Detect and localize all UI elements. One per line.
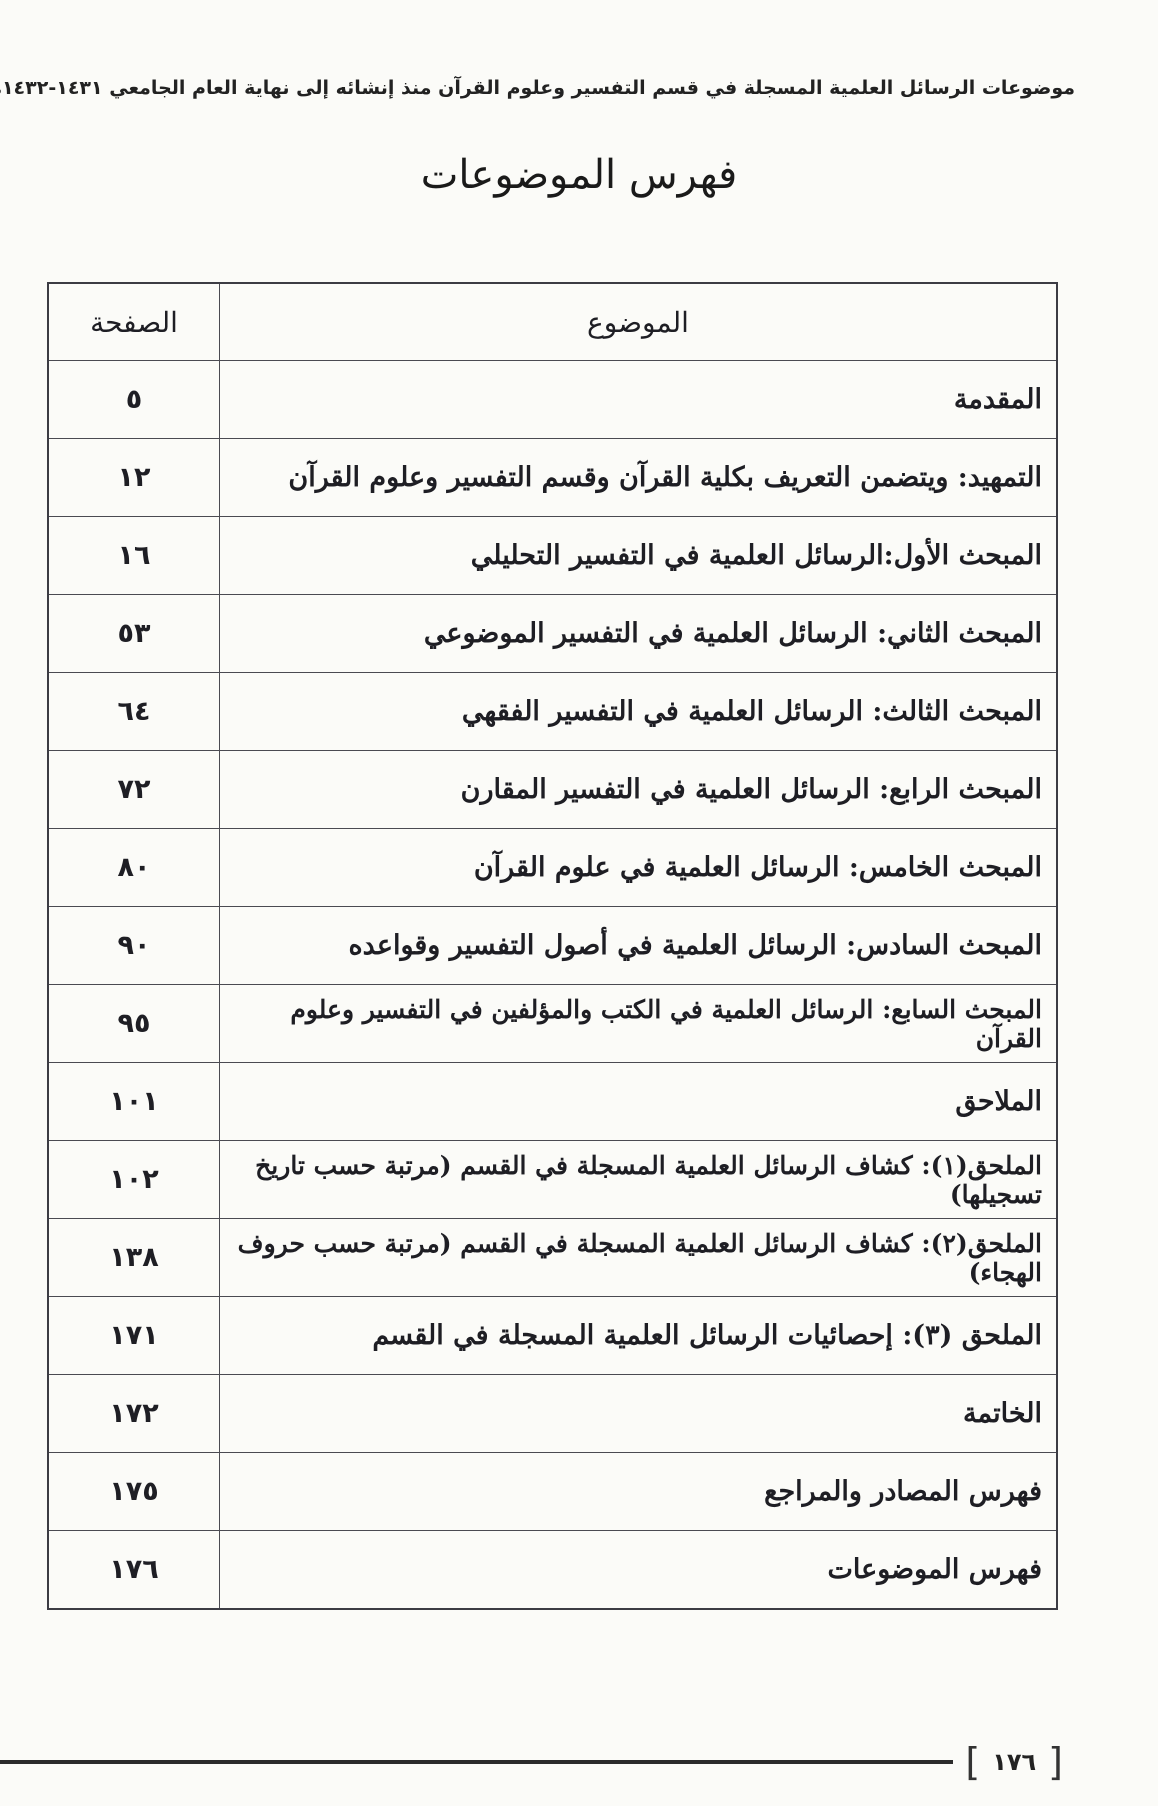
toc-entry-page: ١٧٢ [48,1375,220,1453]
toc-entry-topic: الملحق (٣): إحصائيات الرسائل العلمية الم… [220,1297,1058,1375]
table-row: فهرس المصادر والمراجع ١٧٥ [48,1453,1057,1531]
toc-entry-topic: المبحث الثاني: الرسائل العلمية في التفسي… [220,595,1058,673]
table-row: فهرس الموضوعات ١٧٦ [48,1531,1057,1610]
table-row: الملحق(٢): كشاف الرسائل العلمية المسجلة … [48,1219,1057,1297]
table-row: المبحث الثالث: الرسائل العلمية في التفسي… [48,673,1057,751]
toc-entry-page: ٥٣ [48,595,220,673]
page-number: [ ١٧٦ ] [953,1743,1075,1781]
toc-entry-page: ١٧٥ [48,1453,220,1531]
header-topic: الموضوع [220,283,1058,361]
toc-entry-page: ١٧١ [48,1297,220,1375]
toc-entry-topic: المبحث الرابع: الرسائل العلمية في التفسي… [220,751,1058,829]
toc-entry-page: ٧٢ [48,751,220,829]
table-row: المبحث السابع: الرسائل العلمية في الكتب … [48,985,1057,1063]
running-header: موضوعات الرسائل العلمية المسجلة في قسم ا… [0,68,1075,108]
toc-entry-page: ٦٤ [48,673,220,751]
table-row: الملاحق ١٠١ [48,1063,1057,1141]
toc-entry-page: ١٦ [48,517,220,595]
toc-entry-page: ١٧٦ [48,1531,220,1610]
toc-entry-topic: الملحق(١): كشاف الرسائل العلمية المسجلة … [220,1141,1058,1219]
page-footer: [ ١٧٦ ] [0,1742,1075,1782]
toc-entry-topic: المبحث الخامس: الرسائل العلمية في علوم ا… [220,829,1058,907]
toc-entry-topic: فهرس المصادر والمراجع [220,1453,1058,1531]
toc-entry-topic: المبحث السابع: الرسائل العلمية في الكتب … [220,985,1058,1063]
table-row: الملحق (٣): إحصائيات الرسائل العلمية الم… [48,1297,1057,1375]
table-header-row: الموضوع الصفحة [48,283,1057,361]
table-row: المبحث الأول:الرسائل العلمية في التفسير … [48,517,1057,595]
footer-rule [0,1760,953,1764]
toc-entry-topic: المبحث الأول:الرسائل العلمية في التفسير … [220,517,1058,595]
toc-entry-topic: المبحث الثالث: الرسائل العلمية في التفسي… [220,673,1058,751]
page-title: فهرس الموضوعات [0,152,1158,198]
right-bracket-icon: ] [1036,1743,1075,1781]
table-row: الخاتمة ١٧٢ [48,1375,1057,1453]
toc-entry-topic: المقدمة [220,361,1058,439]
running-header-text: موضوعات الرسائل العلمية المسجلة في قسم ا… [0,77,1075,99]
table-row: المبحث السادس: الرسائل العلمية في أصول ا… [48,907,1057,985]
toc-entry-page: ١٢ [48,439,220,517]
toc-entry-page: ١٠٢ [48,1141,220,1219]
table-row: المبحث الخامس: الرسائل العلمية في علوم ا… [48,829,1057,907]
toc-table: الموضوع الصفحة المقدمة ٥ التمهيد: ويتضمن… [47,282,1058,1610]
toc-entry-topic: فهرس الموضوعات [220,1531,1058,1610]
toc-entry-page: ١٠١ [48,1063,220,1141]
toc-entry-topic: التمهيد: ويتضمن التعريف بكلية القرآن وقس… [220,439,1058,517]
table-row: المبحث الرابع: الرسائل العلمية في التفسي… [48,751,1057,829]
toc-entry-page: ١٣٨ [48,1219,220,1297]
toc-entry-page: ٩٥ [48,985,220,1063]
toc-entry-topic: المبحث السادس: الرسائل العلمية في أصول ا… [220,907,1058,985]
left-bracket-icon: [ [953,1743,992,1781]
toc-entry-topic: الملاحق [220,1063,1058,1141]
toc-entry-topic: الملحق(٢): كشاف الرسائل العلمية المسجلة … [220,1219,1058,1297]
header-page: الصفحة [48,283,220,361]
table-row: التمهيد: ويتضمن التعريف بكلية القرآن وقس… [48,439,1057,517]
table-row: المبحث الثاني: الرسائل العلمية في التفسي… [48,595,1057,673]
table-row: المقدمة ٥ [48,361,1057,439]
toc-entry-topic: الخاتمة [220,1375,1058,1453]
toc-entry-page: ٥ [48,361,220,439]
toc-entry-page: ٩٠ [48,907,220,985]
toc-entry-page: ٨٠ [48,829,220,907]
page-number-value: ١٧٦ [992,1748,1036,1776]
table-row: الملحق(١): كشاف الرسائل العلمية المسجلة … [48,1141,1057,1219]
